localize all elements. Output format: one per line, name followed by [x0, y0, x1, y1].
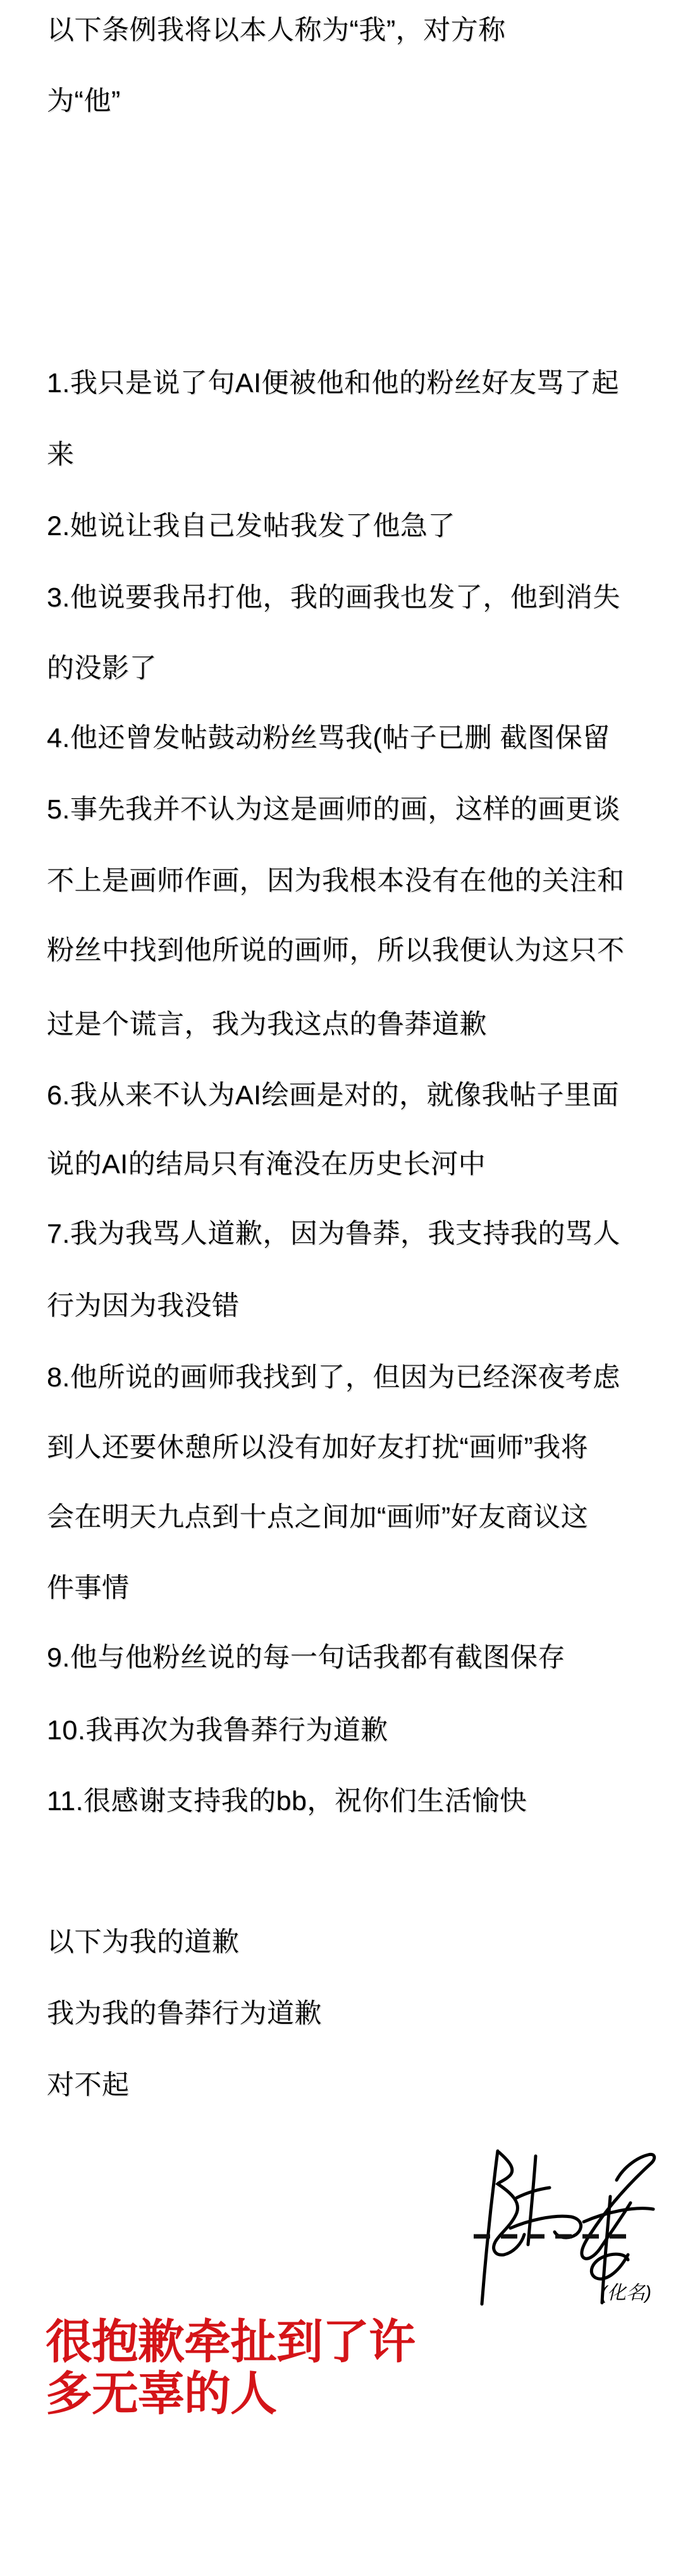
item-3-line-2: 的没影了 [47, 653, 157, 684]
item-5-line-4: 过是个谎言，我为我这点的鲁莽道歉 [47, 1009, 487, 1040]
item-9-line-1: 9.他与他粉丝说的每一句话我都有截图保存 [47, 1642, 565, 1673]
item-2-line-1: 2.她说让我自己发帖我发了他急了 [47, 511, 455, 541]
intro-line-2: 为“他” [47, 86, 121, 116]
closing-line-3: 对不起 [47, 2070, 130, 2100]
item-1-line-1: 1.我只是说了句AI便被他和他的粉丝好友骂了起 [47, 368, 619, 398]
item-8-line-4: 件事情 [47, 1573, 130, 1603]
signature-pseudonym-caption: (化名) [601, 2277, 651, 2305]
closing-line-1: 以下为我的道歉 [47, 1927, 240, 1957]
item-1-line-2: 来 [47, 440, 75, 470]
item-5-line-3: 粉丝中找到他所说的画师，所以我便认为这只不 [47, 935, 625, 966]
item-8-line-3: 会在明天九点到十点之间加“画师”好友商议这 [47, 1502, 588, 1532]
item-6-line-2: 说的AI的结局只有淹没在历史长河中 [47, 1149, 486, 1180]
item-7-line-1: 7.我为我骂人道歉，因为鲁莽，我支持我的骂人 [47, 1219, 620, 1249]
closing-line-2: 我为我的鲁莽行为道歉 [47, 1999, 322, 2029]
intro-line-1: 以下条例我将以本人称为“我”，对方称 [47, 15, 506, 46]
apology-letter-page: 以下条例我将以本人称为“我”，对方称 为“他” 1.我只是说了句AI便被他和他的… [0, 0, 683, 2576]
item-8-line-1: 8.他所说的画师我找到了，但因为已经深夜考虑 [47, 1362, 620, 1393]
item-8-line-2: 到人还要休憩所以没有加好友打扰“画师”我将 [47, 1433, 588, 1463]
highlight-line-2: 多无辜的人 [46, 2368, 276, 2419]
item-7-line-2: 行为因为我没错 [47, 1291, 240, 1321]
highlight-line-1: 很抱歉牵扯到了许 [46, 2316, 415, 2367]
item-3-line-1: 3.他说要我吊打他，我的画我也发了，他到消失 [47, 582, 620, 613]
item-11-line-1: 11.很感谢支持我的bb，祝你们生活愉快 [47, 1786, 527, 1816]
item-5-line-1: 5.事先我并不认为这是画师的画，这样的画更谈 [47, 794, 620, 825]
item-6-line-1: 6.我从来不认为AI绘画是对的，就像我帖子里面 [47, 1080, 619, 1111]
item-4-line-1: 4.他还曾发帖鼓动粉丝骂我(帖子已删 截图保留 [47, 723, 610, 753]
item-5-line-2: 不上是画师作画，因为我根本没有在他的关注和 [47, 866, 625, 896]
item-10-line-1: 10.我再次为我鲁莽行为道歉 [47, 1715, 388, 1746]
